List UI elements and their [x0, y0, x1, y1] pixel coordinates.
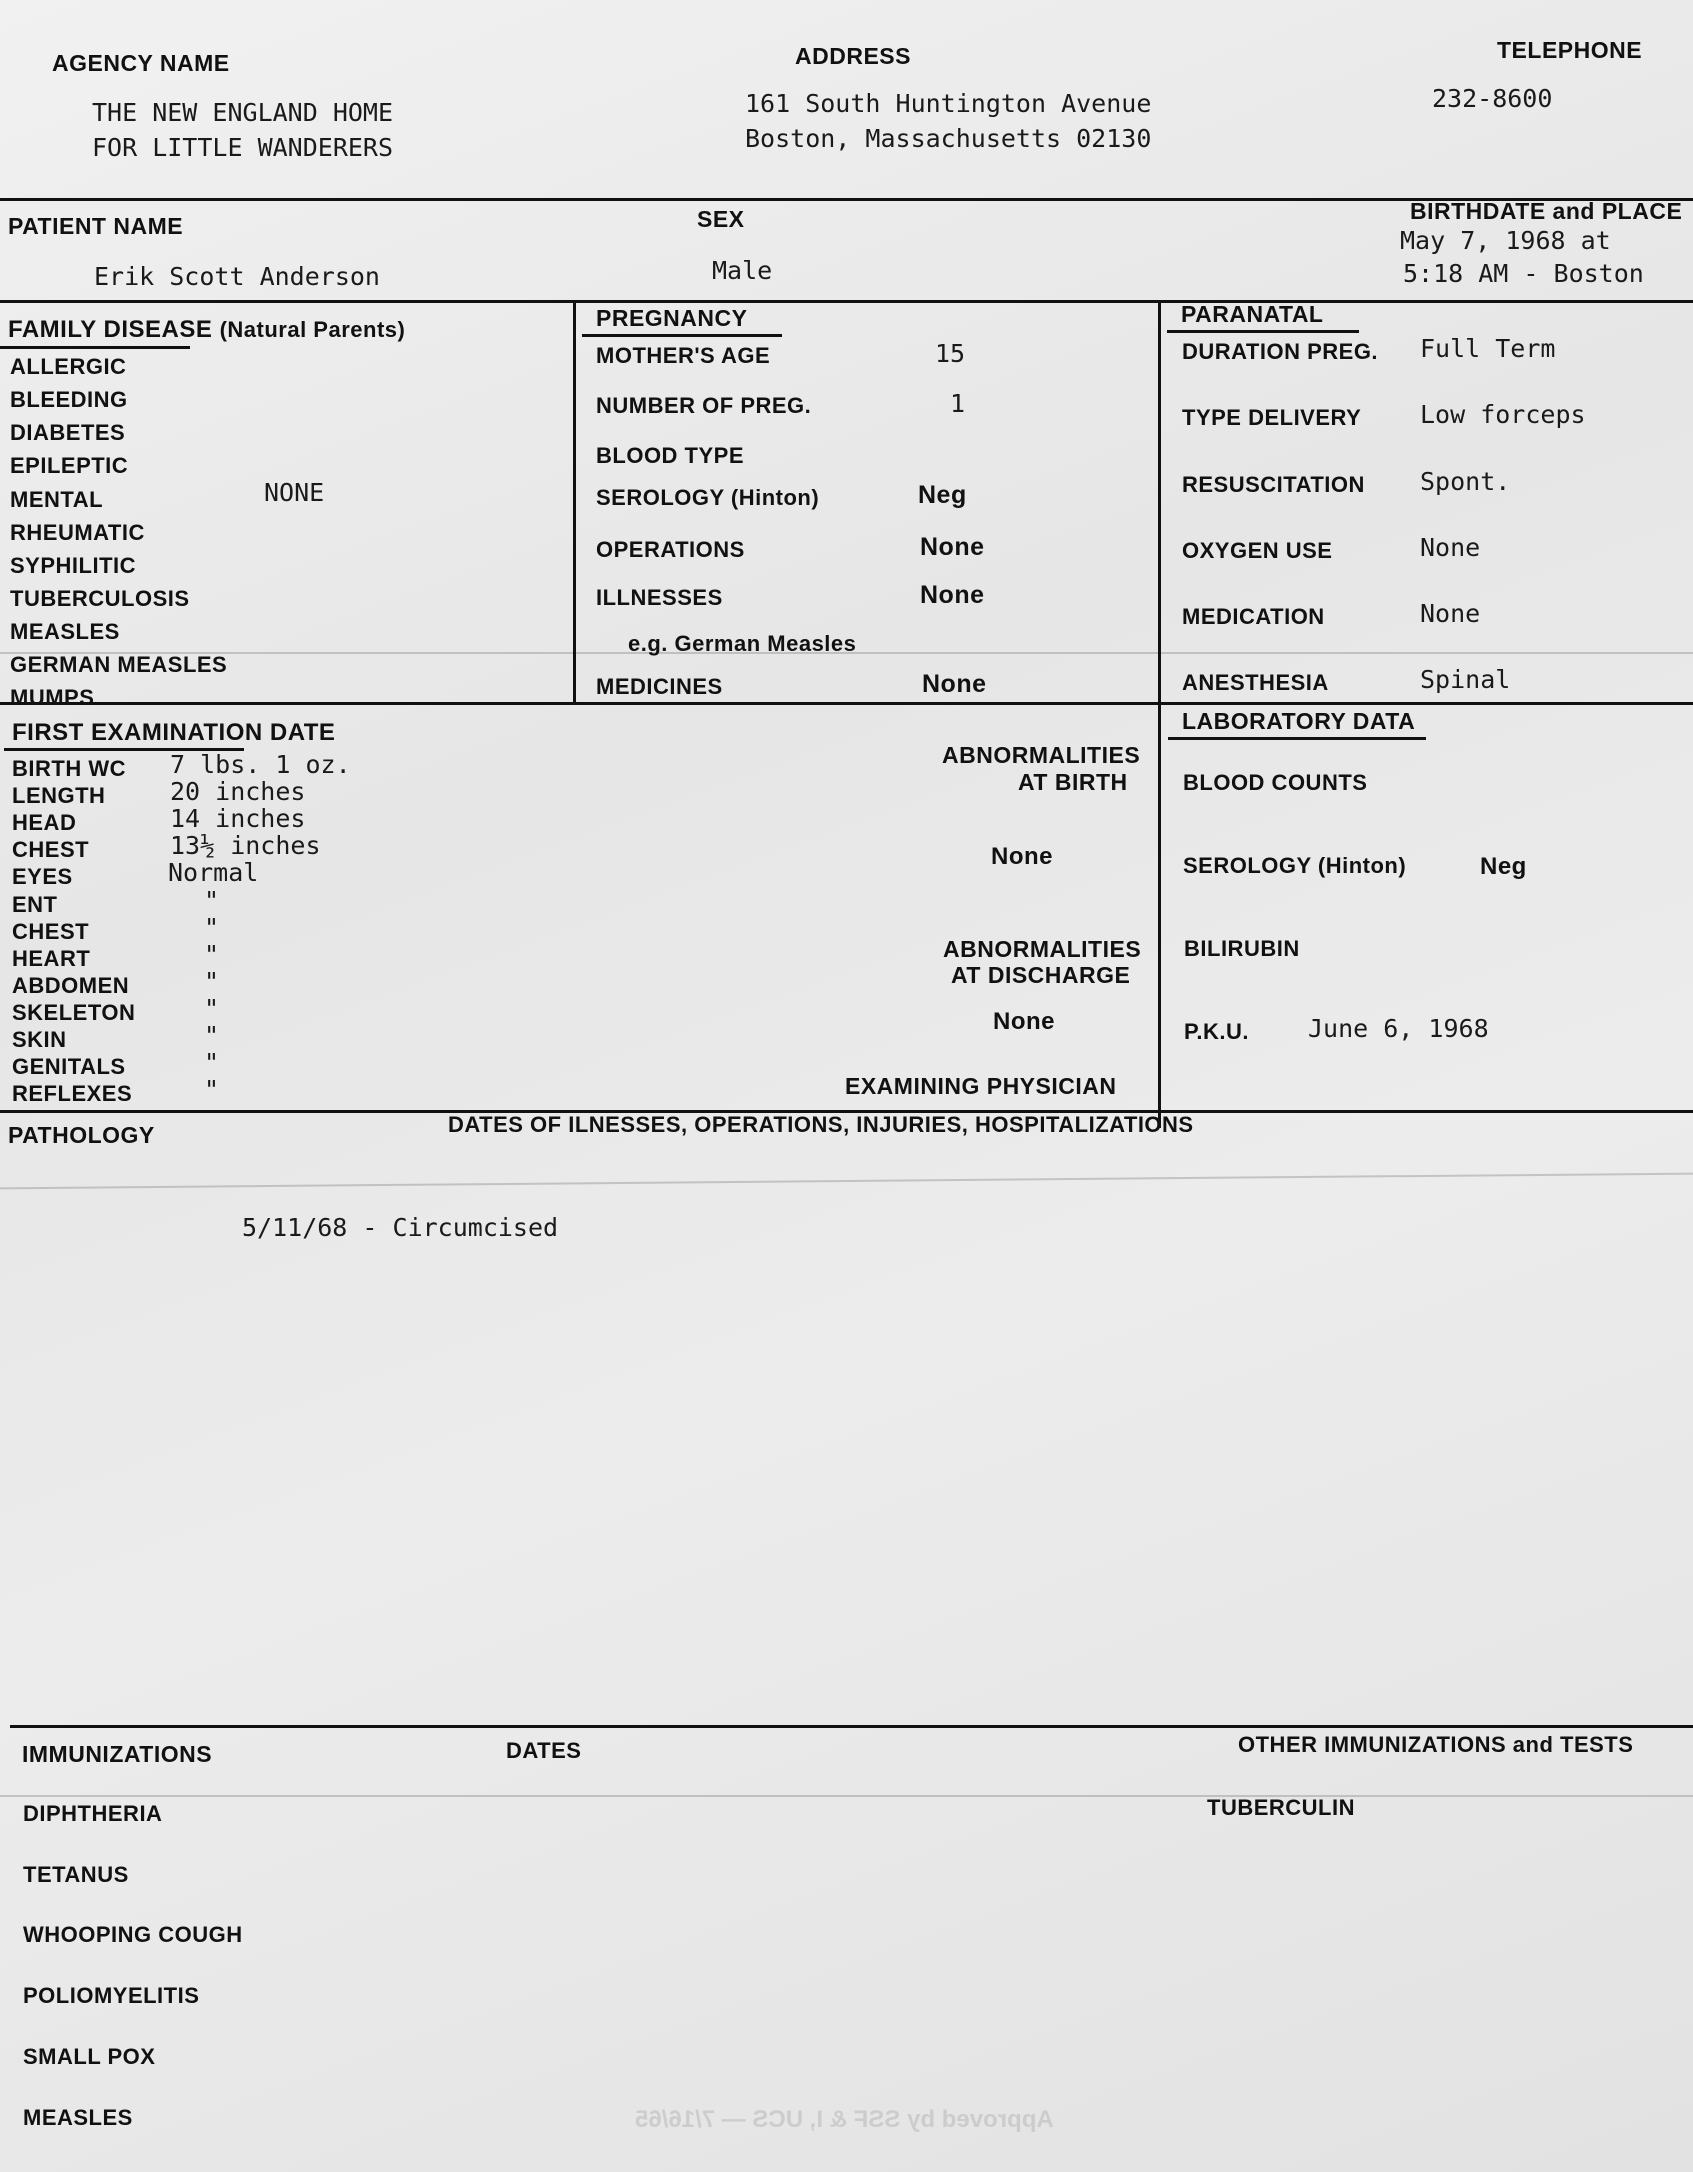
paranatal-row-label: TYPE DELIVERY — [1182, 405, 1361, 431]
family-disease-item: MEASLES — [10, 619, 120, 645]
paranatal-row-value: Spinal — [1420, 665, 1510, 694]
exam-row-label: ENT — [12, 892, 58, 918]
exam-row-value: " — [204, 994, 219, 1023]
divider — [0, 300, 1693, 303]
pregnancy-row-label: e.g. German Measles — [628, 631, 856, 657]
patient-name-label: PATIENT NAME — [8, 213, 183, 240]
exam-row-label: REFLEXES — [12, 1081, 132, 1107]
exam-row-label: GENITALS — [12, 1054, 126, 1080]
paranatal-row-value: Full Term — [1420, 334, 1555, 363]
title-underline — [1168, 737, 1426, 740]
pregnancy-row-label: BLOOD TYPE — [596, 443, 744, 469]
exam-row-value: 20 inches — [170, 777, 305, 806]
address-line2: Boston, Massachusetts 02130 — [745, 124, 1151, 153]
family-disease-item: TUBERCULOSIS — [10, 586, 190, 612]
first-exam-date-label: DATE — [270, 719, 336, 746]
pregnancy-row-label: NUMBER OF PREG. — [596, 393, 811, 419]
pregnancy-row-value: None — [920, 581, 985, 610]
pathology-dates-label: DATES OF ILNESSES, OPERATIONS, INJURIES,… — [448, 1112, 1194, 1138]
exam-row-value: 13½ inches — [170, 831, 321, 860]
pregnancy-row-value: 1 — [950, 389, 965, 418]
exam-row-value: " — [204, 1021, 219, 1050]
family-disease-value: NONE — [264, 478, 324, 507]
patient-name-value: Erik Scott Anderson — [94, 262, 380, 291]
paranatal-title: PARANATAL — [1181, 301, 1323, 328]
exam-row-label: HEAD — [12, 810, 76, 836]
title-underline — [582, 334, 782, 337]
column-divider — [1158, 302, 1161, 1128]
bilirubin-label: BILIRUBIN — [1184, 936, 1300, 962]
sex-value: Male — [712, 256, 772, 285]
immunization-item: SMALL POX — [23, 2044, 155, 2070]
other-immunizations-label: OTHER IMMUNIZATIONS and TESTS — [1238, 1732, 1633, 1758]
abn-birth-label: ABNORMALITIES — [942, 742, 1140, 769]
agency-name-label: AGENCY NAME — [52, 50, 230, 77]
birthdate-line2: 5:18 AM - Boston — [1403, 259, 1644, 288]
paranatal-row-label: DURATION PREG. — [1182, 339, 1378, 365]
abn-discharge-label: ABNORMALITIES — [943, 936, 1141, 963]
paranatal-row-value: None — [1420, 533, 1480, 562]
agency-name-line2: FOR LITTLE WANDERERS — [92, 133, 393, 162]
immunization-item: WHOOPING COUGH — [23, 1922, 243, 1948]
column-divider — [573, 302, 576, 702]
exam-row-label: SKIN — [12, 1027, 67, 1053]
family-disease-item: DIABETES — [10, 420, 125, 446]
telephone-value: 232-8600 — [1432, 84, 1552, 113]
family-disease-title-text: FAMILY DISEASE — [8, 316, 212, 343]
exam-row-value: " — [204, 940, 219, 969]
title-underline — [0, 346, 190, 349]
paranatal-row-value: Spont. — [1420, 467, 1510, 496]
telephone-label: TELEPHONE — [1497, 37, 1642, 64]
exam-row-value: " — [204, 886, 219, 915]
pregnancy-row-label: SEROLOGY (Hinton) — [596, 485, 819, 511]
pregnancy-row-value: None — [920, 533, 985, 562]
birthdate-label: BIRTHDATE and PLACE — [1410, 198, 1682, 225]
paranatal-row-value: None — [1420, 599, 1480, 628]
pregnancy-row-label: OPERATIONS — [596, 537, 745, 563]
abn-discharge-label-2: AT DISCHARGE — [951, 962, 1130, 989]
paper-fold — [0, 1795, 1693, 1797]
exam-row-label: ABDOMEN — [12, 973, 129, 999]
family-disease-item: ALLERGIC — [10, 354, 126, 380]
exam-row-label: SKELETON — [12, 1000, 135, 1026]
immunization-item: DIPHTHERIA — [23, 1801, 162, 1827]
exam-row-value: Normal — [168, 858, 258, 887]
lab-serology-value: Neg — [1480, 853, 1527, 881]
medical-record-form: AGENCY NAME THE NEW ENGLAND HOME FOR LIT… — [0, 0, 1693, 2172]
lab-serology-label: SEROLOGY (Hinton) — [1183, 853, 1406, 879]
divider — [0, 702, 1693, 705]
family-disease-item: GERMAN MEASLES — [10, 652, 227, 678]
exam-row-label: CHEST — [12, 837, 89, 863]
paranatal-row-value: Low forceps — [1420, 400, 1586, 429]
family-disease-item: SYPHILITIC — [10, 553, 136, 579]
tuberculin-label: TUBERCULIN — [1207, 1795, 1355, 1821]
abn-birth-label-2: AT BIRTH — [1018, 769, 1128, 796]
pregnancy-row-label: ILLNESSES — [596, 585, 723, 611]
birthdate-line1: May 7, 1968 at — [1400, 226, 1611, 255]
exam-row-value: 14 inches — [170, 804, 305, 833]
family-disease-item: EPILEPTIC — [10, 453, 128, 479]
family-disease-title: FAMILY DISEASE (Natural Parents) — [8, 316, 405, 344]
pku-label: P.K.U. — [1184, 1019, 1249, 1045]
immunization-item: POLIOMYELITIS — [23, 1983, 199, 2009]
address-label: ADDRESS — [795, 43, 911, 70]
exam-row-value: 7 lbs. 1 oz. — [170, 750, 351, 779]
paranatal-row-label: RESUSCITATION — [1182, 472, 1365, 498]
immunization-item: TETANUS — [23, 1862, 129, 1888]
title-underline — [1167, 330, 1359, 333]
family-disease-item: MUMPS — [10, 685, 94, 711]
abn-birth-value: None — [991, 843, 1053, 871]
family-disease-subtitle: (Natural Parents) — [220, 317, 406, 342]
paranatal-row-label: OXYGEN USE — [1182, 538, 1332, 564]
pku-value: June 6, 1968 — [1308, 1014, 1489, 1043]
exam-row-label: EYES — [12, 864, 73, 890]
pregnancy-row-label: MOTHER'S AGE — [596, 343, 770, 369]
pregnancy-title: PREGNANCY — [596, 305, 747, 332]
blood-counts-label: BLOOD COUNTS — [1183, 770, 1367, 796]
address-line1: 161 South Huntington Avenue — [745, 89, 1151, 118]
exam-row-value: " — [204, 1075, 219, 1104]
sex-label: SEX — [697, 206, 745, 233]
first-exam-title-text: FIRST EXAMINATION — [12, 719, 263, 746]
pregnancy-row-value: 15 — [935, 339, 965, 368]
paper-fold — [0, 1173, 1693, 1190]
divider — [10, 1725, 1693, 1728]
immunizations-title: IMMUNIZATIONS — [22, 1741, 212, 1768]
family-disease-item: MENTAL — [10, 487, 103, 513]
first-exam-title: FIRST EXAMINATION DATE — [12, 719, 335, 747]
approval-bleedthrough: Approved by SSF & I, UCS — 7/16/65 — [635, 2106, 1054, 2134]
exam-row-label: LENGTH — [12, 783, 105, 809]
pathology-title: PATHOLOGY — [8, 1122, 155, 1149]
immunization-item: MEASLES — [23, 2105, 133, 2131]
laboratory-title: LABORATORY DATA — [1182, 708, 1415, 735]
paranatal-row-label: ANESTHESIA — [1182, 670, 1329, 696]
exam-row-value: " — [204, 967, 219, 996]
pathology-entry: 5/11/68 - Circumcised — [242, 1213, 558, 1242]
pregnancy-row-value: Neg — [918, 481, 967, 510]
family-disease-item: RHEUMATIC — [10, 520, 145, 546]
exam-row-value: " — [204, 1048, 219, 1077]
exam-row-label: BIRTH WC — [12, 756, 126, 782]
agency-name-line1: THE NEW ENGLAND HOME — [92, 98, 393, 127]
pregnancy-row-value: None — [922, 670, 987, 699]
paranatal-row-label: MEDICATION — [1182, 604, 1325, 630]
family-disease-item: BLEEDING — [10, 387, 128, 413]
abn-discharge-value: None — [993, 1008, 1055, 1036]
immunization-dates-label: DATES — [506, 1738, 581, 1764]
pregnancy-row-label: MEDICINES — [596, 674, 723, 700]
exam-row-label: HEART — [12, 946, 90, 972]
exam-row-value: " — [204, 913, 219, 942]
exam-row-label: CHEST — [12, 919, 89, 945]
examining-physician-label: EXAMINING PHYSICIAN — [845, 1073, 1116, 1100]
